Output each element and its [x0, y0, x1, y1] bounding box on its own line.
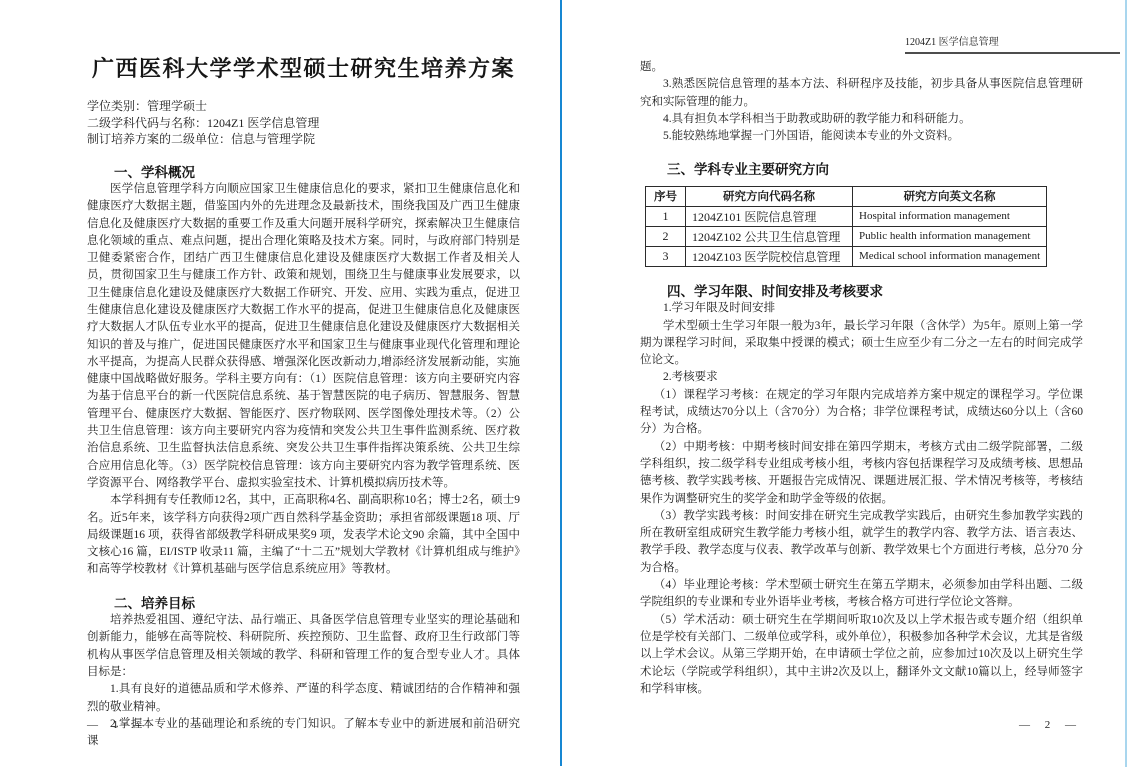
- cell-english: Hospital information management: [853, 206, 1047, 226]
- para-goal-4: 4.具有担负本学科相当于助教或助研的教学能力和科研能力。: [640, 111, 1083, 128]
- page-divider-line: [560, 0, 562, 766]
- section-heading-directions: 三、学科专业主要研究方向: [640, 161, 1083, 178]
- table-row: 1 1204Z101 医院信息管理 Hospital information m…: [646, 206, 1047, 226]
- cell-seq: 1: [646, 206, 686, 226]
- document-title: 广西医科大学学术型硕士研究生培养方案: [87, 54, 520, 84]
- col-header-english: 研究方向英文名称: [853, 186, 1047, 206]
- cell-code: 1204Z103 医学院校信息管理: [686, 246, 853, 266]
- cell-seq: 2: [646, 226, 686, 246]
- section-heading-overview: 一、学科概况: [87, 164, 520, 181]
- meta-degree-category: 学位类别：管理学硕士: [87, 98, 520, 115]
- para-assessment-4: （4）毕业理论考核：学术型硕士研究生在第五学期末，必须参加由学科出题、二级学院组…: [640, 577, 1083, 612]
- para-goals-1: 培养热爱祖国、遵纪守法、品行端正、具备医学信息管理专业坚实的理论基础和创新能力，…: [87, 612, 520, 681]
- para-goal-5: 5.能较熟练地掌握一门外国语，能阅读本专业的外文资料。: [640, 128, 1083, 145]
- cell-seq: 3: [646, 246, 686, 266]
- para-continuation: 题。: [640, 59, 1083, 76]
- running-header: 1204Z1 医学信息管理: [905, 37, 1120, 54]
- col-header-code: 研究方向代码名称: [686, 186, 853, 206]
- meta-block: 学位类别：管理学硕士 二级学科代码与名称：1204Z1 医学信息管理 制订培养方…: [87, 98, 520, 148]
- table-row: 3 1204Z103 医学院校信息管理 Medical school infor…: [646, 246, 1047, 266]
- cell-code: 1204Z101 医院信息管理: [686, 206, 853, 226]
- para-goals-2: 1.具有良好的道德品质和学术修养、严谨的科学态度、精诚团结的合作精神和强烈的敬业…: [87, 681, 520, 716]
- cell-code: 1204Z102 公共卫生信息管理: [686, 226, 853, 246]
- para-goal-3: 3.熟悉医院信息管理的基本方法、科研程序及技能，初步具备从事医院信息管理研究和实…: [640, 76, 1083, 111]
- para-overview-2: 本学科拥有专任教师12名，其中，正高职称4名、副高职称10名；博士2名，硕士9名…: [87, 492, 520, 578]
- meta-issuing-unit: 制订培养方案的二级单位：信息与管理学院: [87, 131, 520, 148]
- para-assessment-intro: 2.考核要求: [640, 369, 1083, 386]
- page-1: 广西医科大学学术型硕士研究生培养方案 学位类别：管理学硕士 二级学科代码与名称：…: [0, 0, 561, 767]
- page-number: — 2 —: [1019, 719, 1077, 731]
- cell-english: Public health information management: [853, 226, 1047, 246]
- page-2: 1204Z1 医学信息管理 题。 3.熟悉医院信息管理的基本方法、科研程序及技能…: [563, 0, 1125, 767]
- para-assessment-3: （3）教学实践考核：时间安排在研究生完成教学实践后，由研究生参加教学实践的所在教…: [640, 508, 1083, 577]
- meta-discipline-code: 二级学科代码与名称：1204Z1 医学信息管理: [87, 115, 520, 132]
- cell-english: Medical school information management: [853, 246, 1047, 266]
- para-assessment-2: （2）中期考核：中期考核时间安排在第四学期末，考核方式由二级学院部署，二级学科组…: [640, 439, 1083, 508]
- col-header-seq: 序号: [646, 186, 686, 206]
- page-number: — 1 —: [87, 719, 145, 731]
- table-row: 2 1204Z102 公共卫生信息管理 Public health inform…: [646, 226, 1047, 246]
- para-overview-1: 医学信息管理学科方向顺应国家卫生健康信息化的要求，紧扣卫生健康信息化和健康医疗大…: [87, 181, 520, 492]
- para-assessment-5: （5）学术活动：硕士研究生在学期间听取10次及以上学术报告或专题介绍（组织单位是…: [640, 612, 1083, 698]
- section-heading-duration: 四、学习年限、时间安排及考核要求: [640, 283, 1083, 300]
- para-goals-3: 2.掌握本专业的基础理论和系统的专门知识。了解本专业中的新进展和前沿研究课: [87, 716, 520, 751]
- table-header-row: 序号 研究方向代码名称 研究方向英文名称: [646, 186, 1047, 206]
- running-header-text: 1204Z1 医学信息管理: [905, 37, 999, 48]
- section-heading-goals: 二、培养目标: [87, 595, 520, 612]
- para-assessment-1: （1）课程学习考核：在规定的学习年限内完成培养方案中规定的课程学习。学位课程考试…: [640, 387, 1083, 439]
- para-duration-1: 1.学习年限及时间安排: [640, 300, 1083, 317]
- research-directions-table: 序号 研究方向代码名称 研究方向英文名称 1 1204Z101 医院信息管理 H…: [645, 186, 1047, 267]
- para-duration-2: 学术型硕士生学习年限一般为3年，最长学习年限（含休学）为5年。原则上第一学期为课…: [640, 318, 1083, 370]
